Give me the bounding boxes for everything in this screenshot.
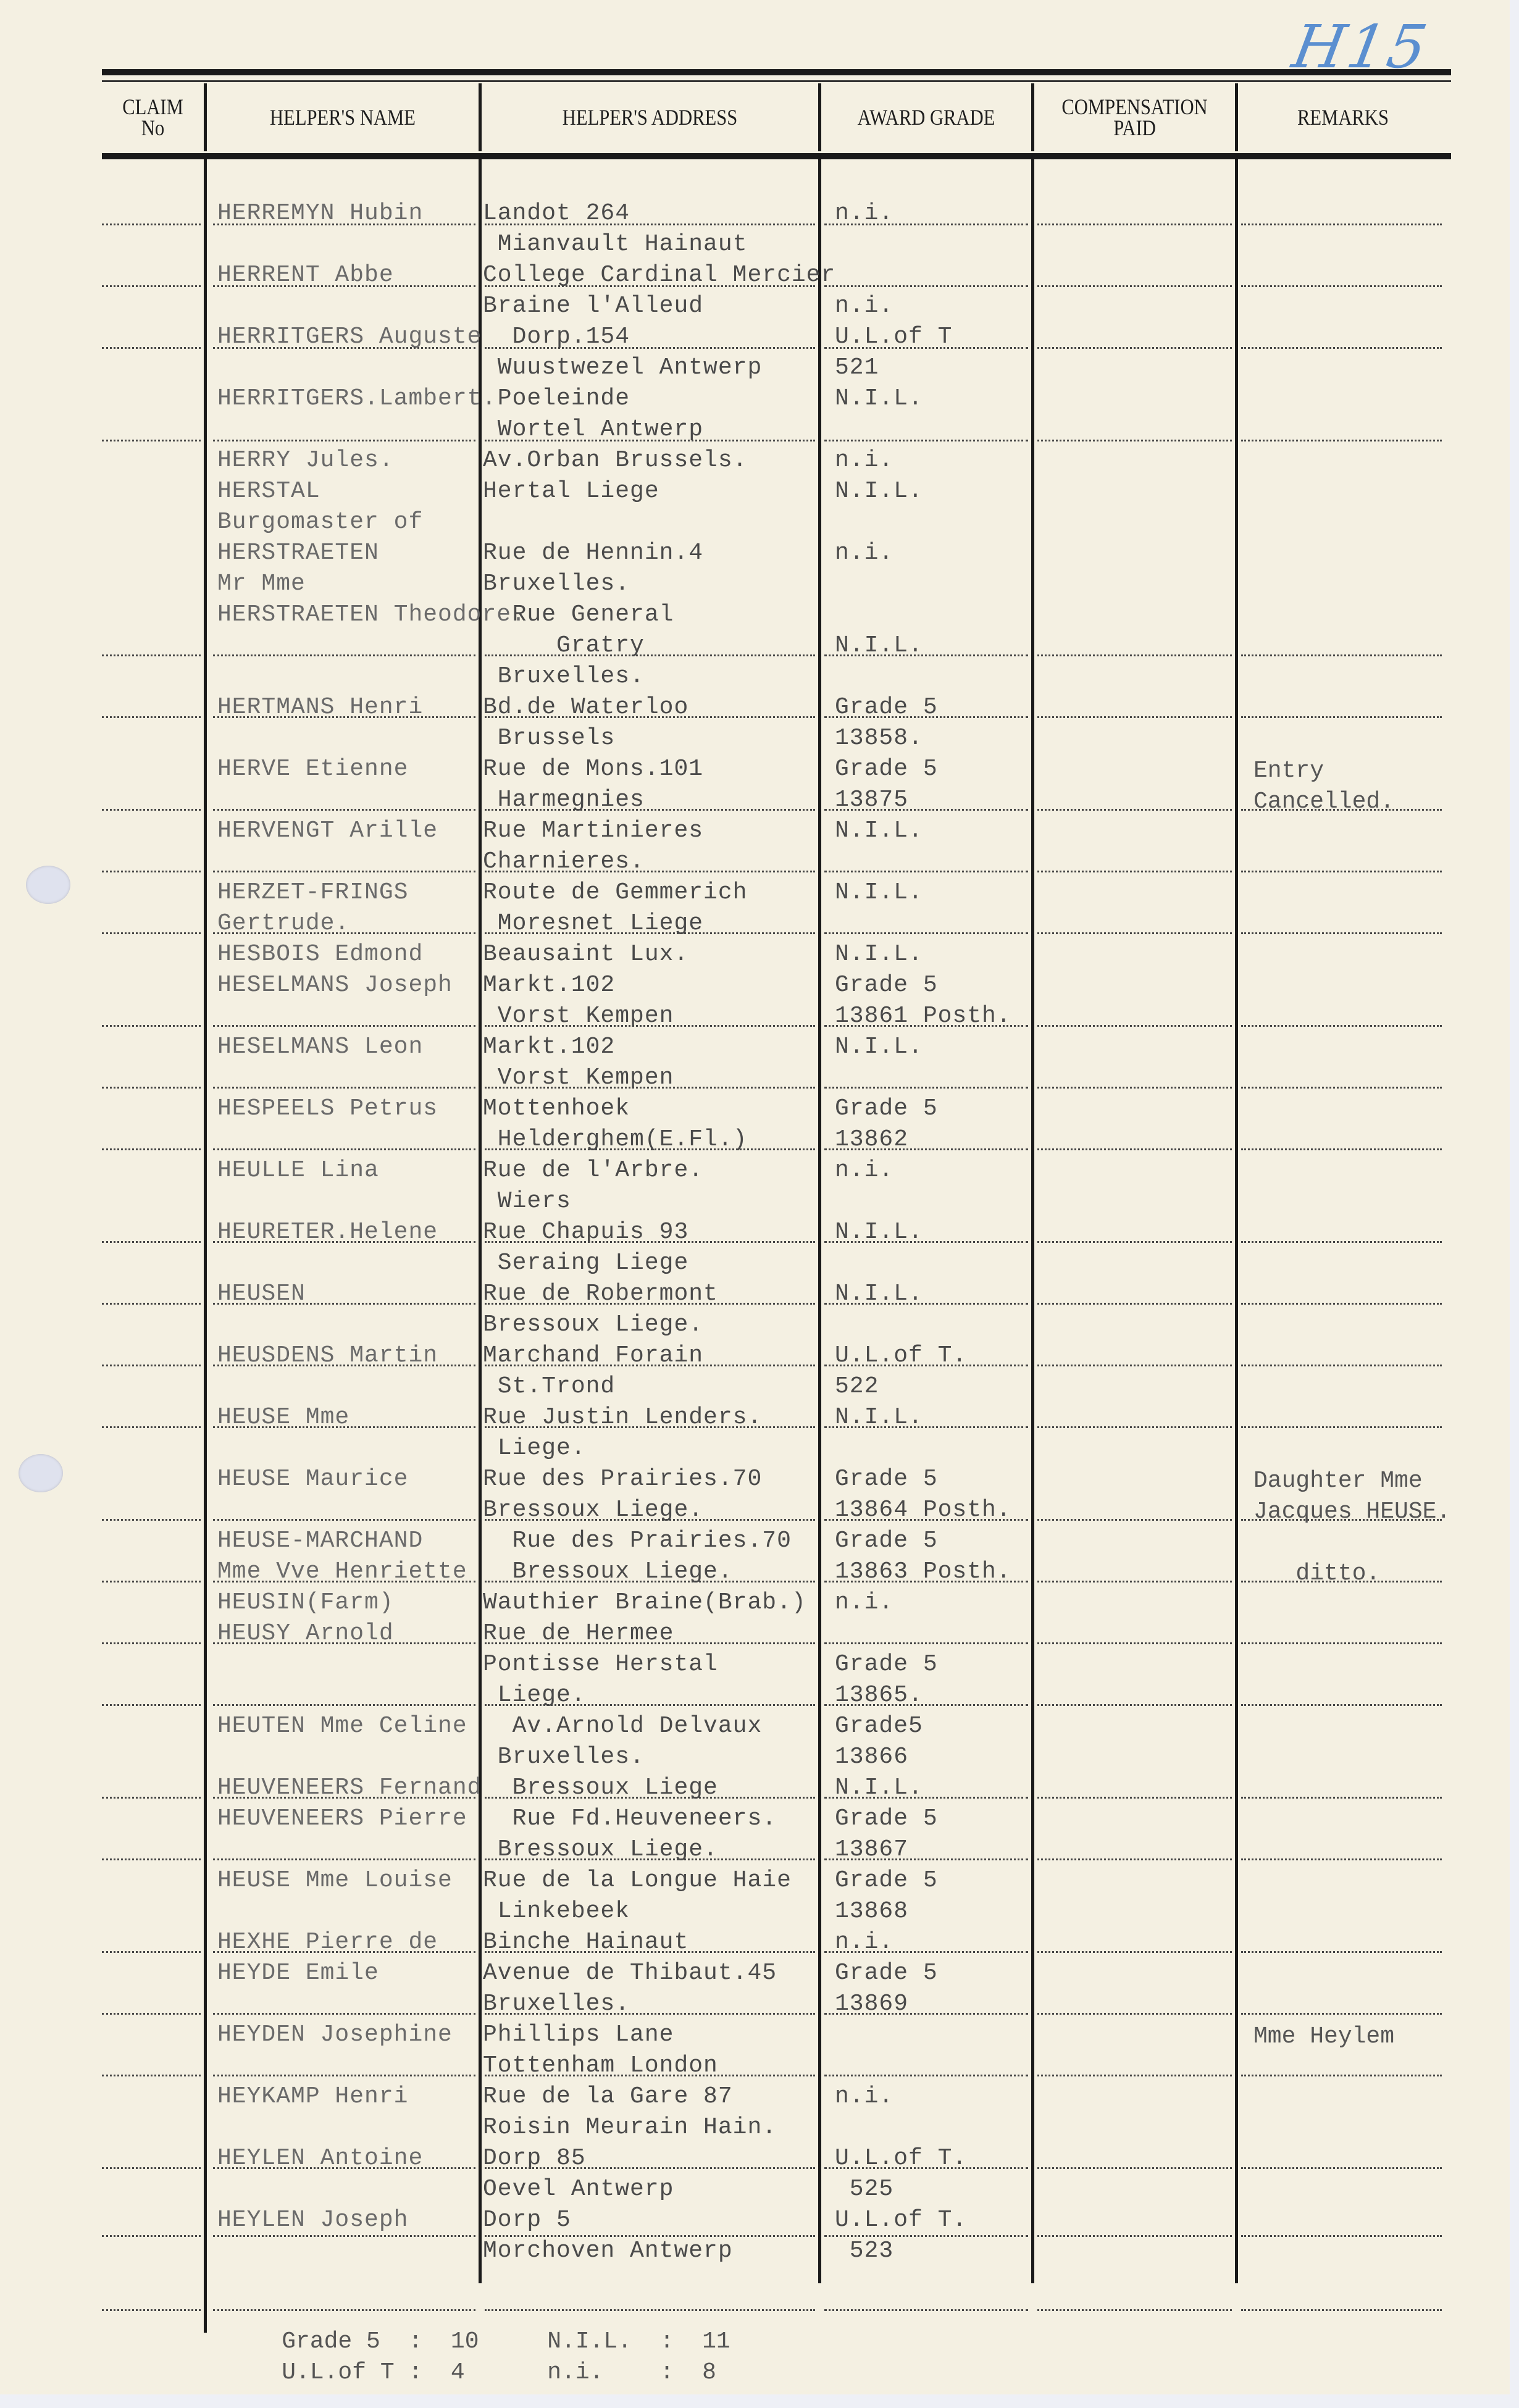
row-separator <box>102 2235 201 2237</box>
header-top-rule <box>102 69 1451 75</box>
row-separator <box>1037 1519 1232 1521</box>
row-separator <box>1037 2309 1232 2311</box>
helper-address: Mottenhoek <box>483 1097 630 1121</box>
row-separator <box>102 1365 201 1366</box>
column-header-remarks: REMARKS <box>1254 86 1433 148</box>
award-grade: U.L.of T. <box>835 2208 967 2233</box>
helper-address: Pontisse Herstal <box>483 1652 718 1677</box>
helper-name: HESELMANS Leon <box>217 1035 423 1060</box>
helper-address: Landot 264 <box>483 201 630 226</box>
row-separator <box>1037 932 1232 934</box>
award-grade: N.I.L. <box>835 1035 923 1060</box>
helper-address: Rue des Prairies.70 <box>483 1529 792 1553</box>
row-separator <box>485 1704 815 1706</box>
helper-address: Av.Orban Brussels. <box>483 448 747 473</box>
column-header-label: HELPER'S NAME <box>270 107 416 128</box>
award-grade: Grade 5 <box>835 1652 938 1677</box>
row-separator <box>824 1025 1028 1027</box>
row-separator <box>213 2167 475 2169</box>
helper-name: HERVENGT Arille <box>217 819 438 843</box>
row-separator <box>824 1951 1028 1953</box>
row-separator <box>824 1426 1028 1428</box>
helper-address: Wiers <box>483 1189 571 1214</box>
row-separator <box>1241 2013 1442 2015</box>
row-separator <box>1037 1148 1232 1150</box>
award-grade: n.i. <box>835 2084 893 2109</box>
award-grade: n.i. <box>835 201 893 226</box>
header-bottom-rule <box>102 153 1451 159</box>
row-separator <box>485 224 815 225</box>
row-separator <box>485 871 815 872</box>
helper-name: HEUTEN Mme Celine <box>217 1714 467 1739</box>
row-separator <box>1241 1025 1442 1027</box>
row-separator <box>485 1951 815 1953</box>
row-separator <box>485 654 815 656</box>
row-separator <box>1241 440 1442 441</box>
row-separator <box>1241 871 1442 872</box>
row-separator <box>1037 1303 1232 1305</box>
row-separator <box>1241 2309 1442 2311</box>
award-grade: Grade 5 <box>835 757 938 782</box>
row-separator <box>824 871 1028 872</box>
helper-name: HERSTRAETEN <box>217 541 379 566</box>
summary-ni: n.i. : 8 <box>491 2333 716 2408</box>
helper-address: Rue de Mons.101 <box>483 757 703 782</box>
row-separator <box>213 654 475 656</box>
helper-name: Burgomaster of <box>217 510 423 535</box>
helper-address: Wortel Antwerp <box>483 417 703 442</box>
column-divider <box>204 83 207 151</box>
helper-name: HERSTRAETEN Theodore. <box>217 603 526 627</box>
row-separator <box>485 1581 815 1582</box>
row-separator <box>213 1148 475 1150</box>
ledger-page: H15 CLAIM No HELPER'S NAME HELPER'S ADDR… <box>0 0 1510 2394</box>
row-separator <box>102 1581 201 1582</box>
row-separator <box>824 2167 1028 2169</box>
row-separator <box>102 1426 201 1428</box>
helper-address: Bruxelles. <box>483 664 645 689</box>
row-separator <box>824 2309 1028 2311</box>
row-separator <box>1037 2235 1232 2237</box>
summary-label: U.L.of T <box>282 2359 394 2386</box>
remark-text: ditto. <box>1253 1558 1380 1589</box>
award-grade: N.I.L. <box>835 479 923 504</box>
remark-text: Daughter Mme Jacques HEUSE. <box>1253 1466 1450 1528</box>
helper-name: HEUSE-MARCHAND <box>217 1529 423 1553</box>
row-separator <box>824 1581 1028 1582</box>
row-separator <box>824 2235 1028 2237</box>
row-separator <box>102 1858 201 1860</box>
helper-name: HERREMYN Hubin <box>217 201 423 226</box>
row-separator <box>824 1148 1028 1150</box>
row-separator <box>213 1241 475 1243</box>
remark-text: Mme Heylem <box>1253 2021 1394 2052</box>
award-grade: 522 <box>835 1374 879 1399</box>
row-separator <box>485 716 815 718</box>
column-divider <box>818 83 821 151</box>
punch-hole <box>26 866 70 904</box>
helper-address: Rue de la Longue Haie <box>483 1868 792 1893</box>
helper-address: Av.Arnold Delvaux <box>483 1714 762 1739</box>
row-separator <box>213 716 475 718</box>
row-separator <box>485 1087 815 1089</box>
column-header-label: AWARD GRADE <box>858 107 995 128</box>
helper-name: HESPEELS Petrus <box>217 1097 438 1121</box>
row-separator <box>824 1303 1028 1305</box>
row-separator <box>213 1025 475 1027</box>
helper-address: Mianvault Hainaut <box>483 232 747 257</box>
row-separator <box>213 1365 475 1366</box>
row-separator <box>102 2075 201 2076</box>
row-separator <box>485 440 815 441</box>
row-separator <box>102 932 201 934</box>
row-separator <box>1037 440 1232 441</box>
helper-address: Braine l'Alleud <box>483 294 703 319</box>
helper-address: Morchoven Antwerp <box>483 2239 733 2264</box>
row-separator <box>824 1858 1028 1860</box>
column-divider <box>479 159 482 2283</box>
row-separator <box>213 1087 475 1089</box>
award-grade: n.i. <box>835 1591 893 1615</box>
row-separator <box>485 1426 815 1428</box>
helper-address: Markt.102 <box>483 973 615 998</box>
helper-address: College Cardinal Mercier <box>483 263 835 288</box>
row-separator <box>485 1642 815 1644</box>
row-separator <box>213 1951 475 1953</box>
row-separator <box>213 871 475 872</box>
row-separator <box>213 1519 475 1521</box>
summary-value: 8 <box>702 2359 716 2386</box>
row-separator <box>1037 1858 1232 1860</box>
row-separator <box>485 1797 815 1799</box>
row-separator <box>213 440 475 441</box>
row-separator <box>485 1241 815 1243</box>
row-separator <box>1037 654 1232 656</box>
row-separator <box>1241 2235 1442 2237</box>
row-separator <box>485 2167 815 2169</box>
helper-name: Mr Mme <box>217 572 306 596</box>
helper-name: HEYKAMP Henri <box>217 2084 408 2109</box>
row-separator <box>1241 716 1442 718</box>
award-grade: Grade 5 <box>835 973 938 998</box>
award-grade: n.i. <box>835 1158 893 1183</box>
row-separator <box>102 1241 201 1243</box>
row-separator <box>102 1951 201 1953</box>
row-separator <box>824 1704 1028 1706</box>
row-separator <box>213 1642 475 1644</box>
header-thin-rule <box>102 80 1451 82</box>
row-separator <box>102 347 201 349</box>
row-separator <box>1241 2167 1442 2169</box>
row-separator <box>102 2013 201 2015</box>
row-separator <box>824 1642 1028 1644</box>
row-separator <box>213 2075 475 2076</box>
row-separator <box>485 1148 815 1150</box>
summary-colon: : <box>603 2359 702 2386</box>
row-separator <box>485 1858 815 1860</box>
award-grade: 521 <box>835 356 879 380</box>
helper-name: HERRY Jules. <box>217 448 394 473</box>
row-separator <box>1241 654 1442 656</box>
award-grade: N.I.L. <box>835 819 923 843</box>
row-separator <box>102 224 201 225</box>
row-separator <box>102 716 201 718</box>
row-separator <box>102 1797 201 1799</box>
row-separator <box>485 1519 815 1521</box>
award-grade: Grade 5 <box>835 1097 938 1121</box>
helper-address: Dorp.154 <box>483 325 630 349</box>
award-grade: n.i. <box>835 448 893 473</box>
helper-address: Rue Martinieres <box>483 819 703 843</box>
row-separator <box>213 285 475 287</box>
helper-address: Rue Fd.Heuveneers. <box>483 1807 777 1831</box>
row-separator <box>1241 932 1442 934</box>
row-separator <box>213 1426 475 1428</box>
row-separator <box>1037 716 1232 718</box>
row-separator <box>102 871 201 872</box>
row-separator <box>485 1365 815 1366</box>
award-grade: N.I.L. <box>835 387 923 411</box>
helper-address: Wauthier Braine(Brab.) <box>483 1591 806 1615</box>
row-separator <box>1241 1087 1442 1089</box>
row-separator <box>824 1087 1028 1089</box>
row-separator <box>213 1704 475 1706</box>
punch-hole <box>19 1454 63 1492</box>
helper-name: HERVE Etienne <box>217 757 408 782</box>
row-separator <box>1037 347 1232 349</box>
row-separator <box>102 1148 201 1150</box>
row-separator <box>1037 1704 1232 1706</box>
row-separator <box>1241 1951 1442 1953</box>
row-separator <box>824 285 1028 287</box>
award-grade: Grade 5 <box>835 1961 938 1986</box>
award-grade: Grade 5 <box>835 1529 938 1553</box>
helper-address: Markt.102 <box>483 1035 615 1060</box>
row-separator <box>102 2309 201 2311</box>
helper-name: HEUSE Maurice <box>217 1467 408 1492</box>
row-separator <box>1037 1025 1232 1027</box>
row-separator <box>1037 1581 1232 1582</box>
row-separator <box>1241 347 1442 349</box>
helper-name: HEUVENEERS Pierre <box>217 1807 467 1831</box>
row-separator <box>1037 224 1232 225</box>
row-separator <box>102 1087 201 1089</box>
row-separator <box>824 1797 1028 1799</box>
row-separator <box>102 1025 201 1027</box>
summary-label: n.i. <box>547 2359 603 2386</box>
helper-address: Roisin Meurain Hain. <box>483 2115 777 2140</box>
row-separator <box>1037 2075 1232 2076</box>
helper-name: HEYDEN Josephine <box>217 2023 453 2047</box>
helper-address: Wuustwezel Antwerp <box>483 356 762 380</box>
row-separator <box>485 2075 815 2076</box>
helper-address: Rue des Prairies.70 <box>483 1467 762 1492</box>
helper-name: HESBOIS Edmond <box>217 942 423 967</box>
award-grade: N.I.L. <box>835 942 923 967</box>
row-separator <box>102 1704 201 1706</box>
row-separator <box>213 347 475 349</box>
row-separator <box>213 2235 475 2237</box>
helper-address: Phillips Lane <box>483 2023 674 2047</box>
column-header-claim: CLAIM No <box>109 86 196 148</box>
helper-address: Route de Gemmerich <box>483 880 747 905</box>
row-separator <box>213 1797 475 1799</box>
helper-name: HESELMANS Joseph <box>217 973 453 998</box>
column-header-label: CLAIM No <box>122 96 183 138</box>
helper-name: HERRITGERS Auguste <box>217 325 482 349</box>
row-separator <box>1241 1858 1442 1860</box>
column-header-label: HELPER'S ADDRESS <box>563 107 738 128</box>
remark-text: Entry Cancelled. <box>1253 756 1394 817</box>
row-separator <box>1037 871 1232 872</box>
column-divider <box>1235 83 1238 151</box>
column-header-label: COMPENSATION PAID <box>1061 96 1207 138</box>
row-separator <box>1241 1642 1442 1644</box>
helper-address: Linkebeek <box>483 1899 630 1924</box>
column-header-compensation: COMPENSATION PAID <box>1049 86 1220 148</box>
award-grade: Grade 5 <box>835 1467 938 1492</box>
helper-address: Seraing Liege <box>483 1251 688 1276</box>
row-separator <box>213 1303 475 1305</box>
row-separator <box>102 1519 201 1521</box>
helper-address: Oevel Antwerp <box>483 2177 674 2202</box>
row-separator <box>824 440 1028 441</box>
helper-name: HEULLE Lina <box>217 1158 379 1183</box>
helper-address: Avenue de Thibaut.45 <box>483 1961 777 1986</box>
column-divider <box>1031 159 1034 2283</box>
row-separator <box>1037 1087 1232 1089</box>
row-separator <box>1241 1303 1442 1305</box>
row-separator <box>1037 285 1232 287</box>
helper-name: HEUSIN(Farm) <box>217 1591 394 1615</box>
award-grade: Grade 5 <box>835 1868 938 1893</box>
helper-address: St.Trond <box>483 1374 615 1399</box>
row-separator <box>102 285 201 287</box>
row-separator <box>213 932 475 934</box>
column-divider <box>1031 83 1034 151</box>
helper-address: Liege. <box>483 1436 586 1461</box>
row-separator <box>1241 1797 1442 1799</box>
row-separator <box>824 224 1028 225</box>
row-separator <box>1037 1951 1232 1953</box>
row-separator <box>1037 1797 1232 1799</box>
summary-value: 4 <box>451 2359 465 2386</box>
award-grade: Grade5 <box>835 1714 923 1739</box>
row-separator <box>485 809 815 811</box>
column-divider <box>1235 159 1238 2283</box>
row-separator <box>1241 1241 1442 1243</box>
row-separator <box>213 1581 475 1582</box>
helper-name: HERSTAL <box>217 479 320 504</box>
helper-address: Dorp 5 <box>483 2208 571 2233</box>
row-separator <box>485 347 815 349</box>
row-separator <box>824 2075 1028 2076</box>
row-separator <box>824 1365 1028 1366</box>
row-separator <box>213 809 475 811</box>
row-separator <box>1037 1365 1232 1366</box>
row-separator <box>485 932 815 934</box>
row-separator <box>102 440 201 441</box>
helper-address: Bruxelles. <box>483 1745 645 1770</box>
row-separator <box>1241 2075 1442 2076</box>
award-grade: 13868 <box>835 1899 908 1924</box>
row-separator <box>485 2235 815 2237</box>
row-separator <box>824 347 1028 349</box>
row-separator <box>824 1241 1028 1243</box>
row-separator <box>1241 1365 1442 1366</box>
column-header-award: AWARD GRADE <box>837 86 1016 148</box>
award-grade: n.i. <box>835 541 893 566</box>
helper-name: HEUSE Mme Louise <box>217 1868 453 1893</box>
row-separator <box>485 1303 815 1305</box>
award-grade: n.i. <box>835 294 893 319</box>
award-grade: 523 <box>835 2239 893 2264</box>
column-divider <box>204 159 207 2333</box>
row-separator <box>1241 285 1442 287</box>
helper-name: HERZET-FRINGS <box>217 880 408 905</box>
column-header-name: HELPER'S NAME <box>227 86 458 148</box>
helper-address: Rue de la Gare 87 <box>483 2084 733 2109</box>
helper-address: Brussels <box>483 726 615 751</box>
helper-name: HERRITGERS.Lambert. <box>217 387 496 411</box>
helper-address: Rue de Hennin.4 <box>483 541 703 566</box>
award-grade: 525 <box>835 2177 893 2202</box>
award-grade: Grade 5 <box>835 1807 938 1831</box>
row-separator <box>1241 1704 1442 1706</box>
row-separator <box>1037 1426 1232 1428</box>
row-separator <box>1241 224 1442 225</box>
row-separator <box>824 716 1028 718</box>
row-separator <box>213 2013 475 2015</box>
helper-address: Rue General <box>483 603 674 627</box>
row-separator <box>1037 809 1232 811</box>
row-separator <box>1241 1426 1442 1428</box>
row-separator <box>824 1519 1028 1521</box>
row-separator <box>1241 1148 1442 1150</box>
row-separator <box>213 1858 475 1860</box>
helper-name: HERRENT Abbe <box>217 263 394 288</box>
row-separator <box>824 932 1028 934</box>
row-separator <box>1037 2013 1232 2015</box>
row-separator <box>102 1642 201 1644</box>
summary-ul-of-t: U.L.of T : 4 <box>225 2333 465 2408</box>
row-separator <box>102 1303 201 1305</box>
column-divider <box>479 83 482 151</box>
column-header-address: HELPER'S ADDRESS <box>507 86 793 148</box>
row-separator <box>102 2167 201 2169</box>
row-separator <box>213 224 475 225</box>
award-grade: U.L.of T <box>835 325 952 349</box>
row-separator <box>1037 2167 1232 2169</box>
row-separator <box>1037 1241 1232 1243</box>
helper-name: HEYLEN Joseph <box>217 2208 408 2233</box>
helper-address: Rue de l'Arbre. <box>483 1158 703 1183</box>
row-separator <box>485 2013 815 2015</box>
row-separator <box>485 285 815 287</box>
helper-address: Hertal Liege <box>483 479 659 504</box>
row-separator <box>102 654 201 656</box>
row-separator <box>824 654 1028 656</box>
row-separator <box>1037 1642 1232 1644</box>
column-divider <box>818 159 821 2283</box>
row-separator <box>824 809 1028 811</box>
award-grade: N.I.L. <box>835 880 923 905</box>
row-separator <box>824 2013 1028 2015</box>
helper-address: Bressoux Liege. <box>483 1313 703 1337</box>
award-grade: 13858. <box>835 726 923 751</box>
helper-address: Poeleinde <box>483 387 630 411</box>
column-header-label: REMARKS <box>1297 107 1389 128</box>
